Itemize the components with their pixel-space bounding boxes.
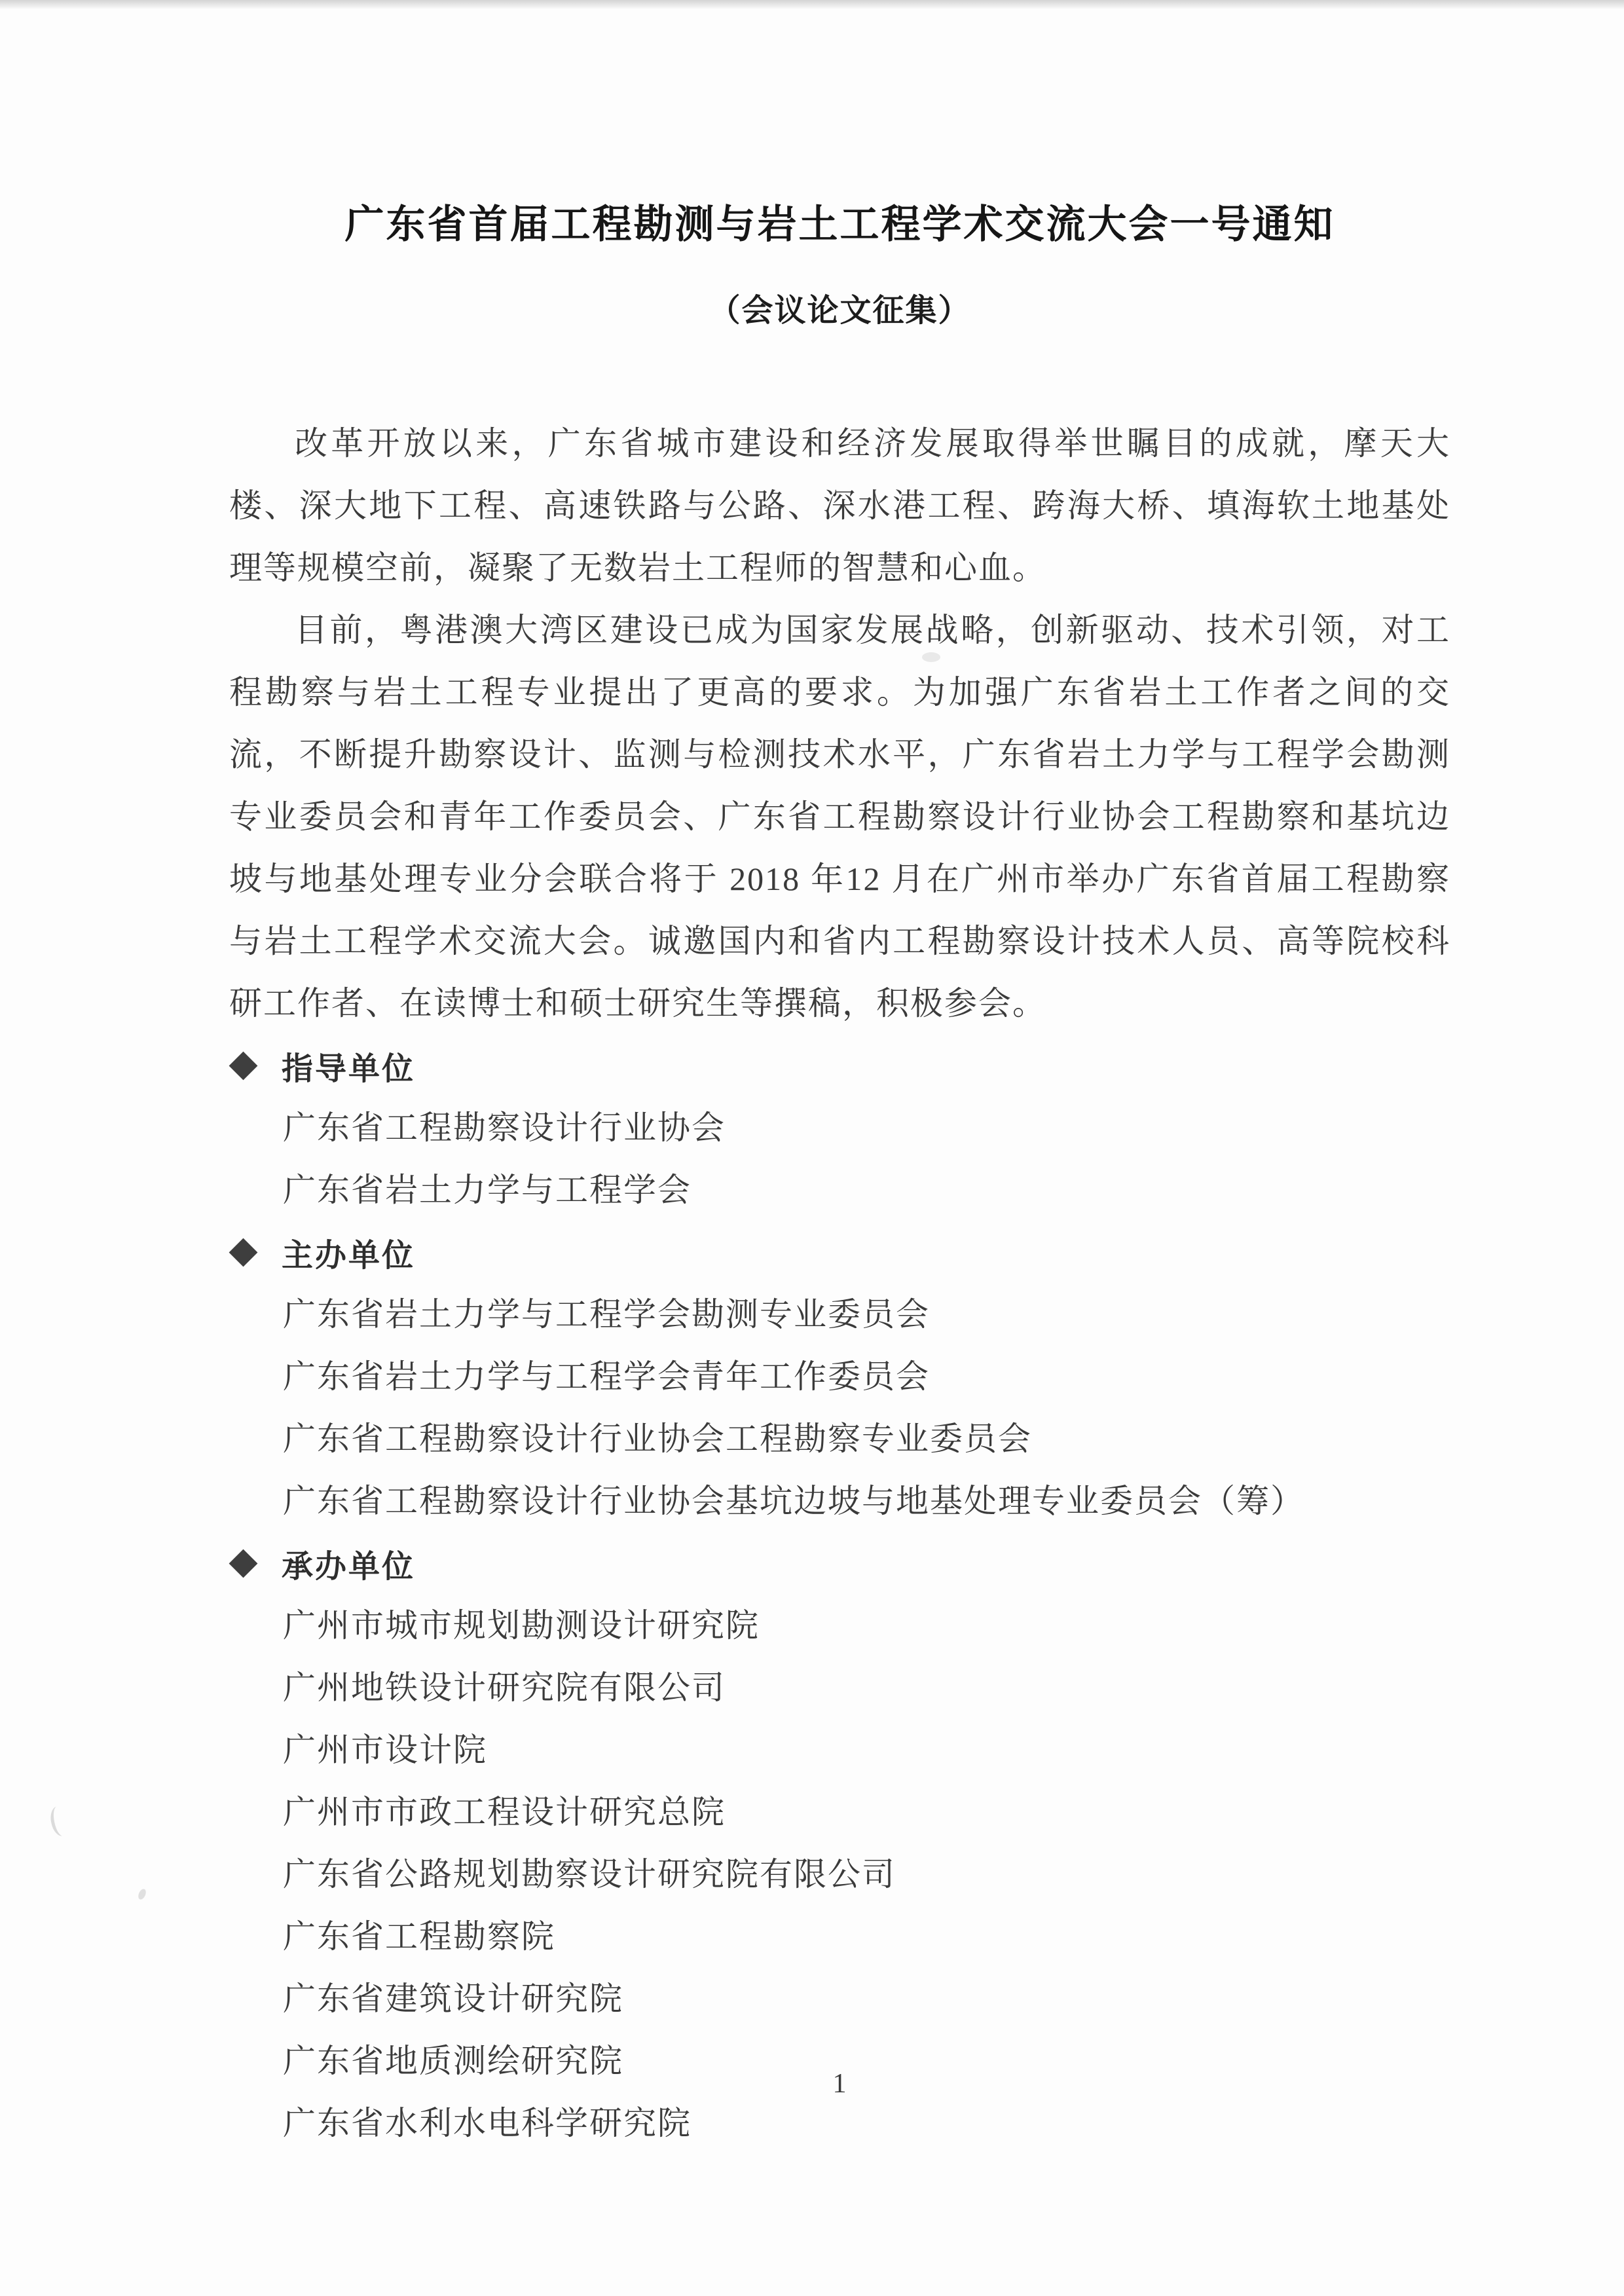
org-list-item: 广州市设计院 bbox=[229, 1719, 1450, 1781]
section-heading: 主办单位 bbox=[282, 1230, 415, 1275]
org-list-item: 广东省工程勘察院 bbox=[229, 1906, 1450, 1968]
page-number: 1 bbox=[833, 2068, 847, 2100]
org-list-item: 广东省岩土力学与工程学会青年工作委员会 bbox=[229, 1346, 1450, 1408]
section-guiding-units: 指导单位 广东省工程勘察设计行业协会 广东省岩土力学与工程学会 bbox=[229, 1035, 1450, 1221]
scan-artifact-dot bbox=[137, 1888, 147, 1901]
document-page: 广东省首届工程勘测与岩土工程学术交流大会一号通知 （会议论文征集） 改革开放以来… bbox=[0, 0, 1624, 2296]
org-list-item: 广州地铁设计研究院有限公司 bbox=[229, 1657, 1450, 1719]
org-list-item: 广州市市政工程设计研究总院 bbox=[229, 1781, 1450, 1843]
org-list-item: 广东省建筑设计研究院 bbox=[229, 1968, 1450, 2030]
diamond-bullet-icon bbox=[229, 1549, 258, 1578]
section-host-units: 主办单位 广东省岩土力学与工程学会勘测专业委员会 广东省岩土力学与工程学会青年工… bbox=[229, 1221, 1450, 1532]
org-list-item: 广东省工程勘察设计行业协会工程勘察专业委员会 bbox=[229, 1408, 1450, 1470]
section-organizing-units: 承办单位 广州市城市规划勘测设计研究院 广州地铁设计研究院有限公司 广州市设计院… bbox=[229, 1532, 1450, 2155]
scan-artifact-mark bbox=[48, 1805, 72, 1838]
section-heading-row: 指导单位 bbox=[229, 1035, 1450, 1097]
document-title: 广东省首届工程勘测与岩土工程学术交流大会一号通知 bbox=[229, 200, 1450, 249]
body-paragraph-2: 目前，粤港澳大湾区建设已成为国家发展战略，创新驱动、技术引领，对工程勘察与岩土工… bbox=[229, 599, 1450, 1035]
scan-artifact-smudge bbox=[922, 652, 940, 662]
org-list-item: 广州市城市规划勘测设计研究院 bbox=[229, 1595, 1450, 1657]
diamond-bullet-icon bbox=[229, 1052, 258, 1081]
section-heading-row: 主办单位 bbox=[229, 1221, 1450, 1284]
section-heading-row: 承办单位 bbox=[229, 1532, 1450, 1595]
org-list-item: 广东省岩土力学与工程学会勘测专业委员会 bbox=[229, 1284, 1450, 1346]
body-paragraph-1: 改革开放以来，广东省城市建设和经济发展取得举世瞩目的成就，摩天大楼、深大地下工程… bbox=[229, 413, 1450, 599]
section-heading: 指导单位 bbox=[282, 1043, 415, 1088]
org-list-item: 广东省工程勘察设计行业协会基坑边坡与地基处理专业委员会（筹） bbox=[229, 1470, 1450, 1532]
diamond-bullet-icon bbox=[229, 1238, 258, 1267]
org-list-item: 广东省公路规划勘察设计研究院有限公司 bbox=[229, 1843, 1450, 1906]
text-column: 广东省首届工程勘测与岩土工程学术交流大会一号通知 （会议论文征集） 改革开放以来… bbox=[229, 0, 1450, 2155]
org-list-item: 广东省工程勘察设计行业协会 bbox=[229, 1097, 1450, 1159]
section-heading: 承办单位 bbox=[282, 1541, 415, 1586]
org-list-item: 广东省水利水电科学研究院 bbox=[229, 2092, 1450, 2155]
document-subtitle: （会议论文征集） bbox=[229, 291, 1450, 331]
org-list-item: 广东省岩土力学与工程学会 bbox=[229, 1159, 1450, 1221]
